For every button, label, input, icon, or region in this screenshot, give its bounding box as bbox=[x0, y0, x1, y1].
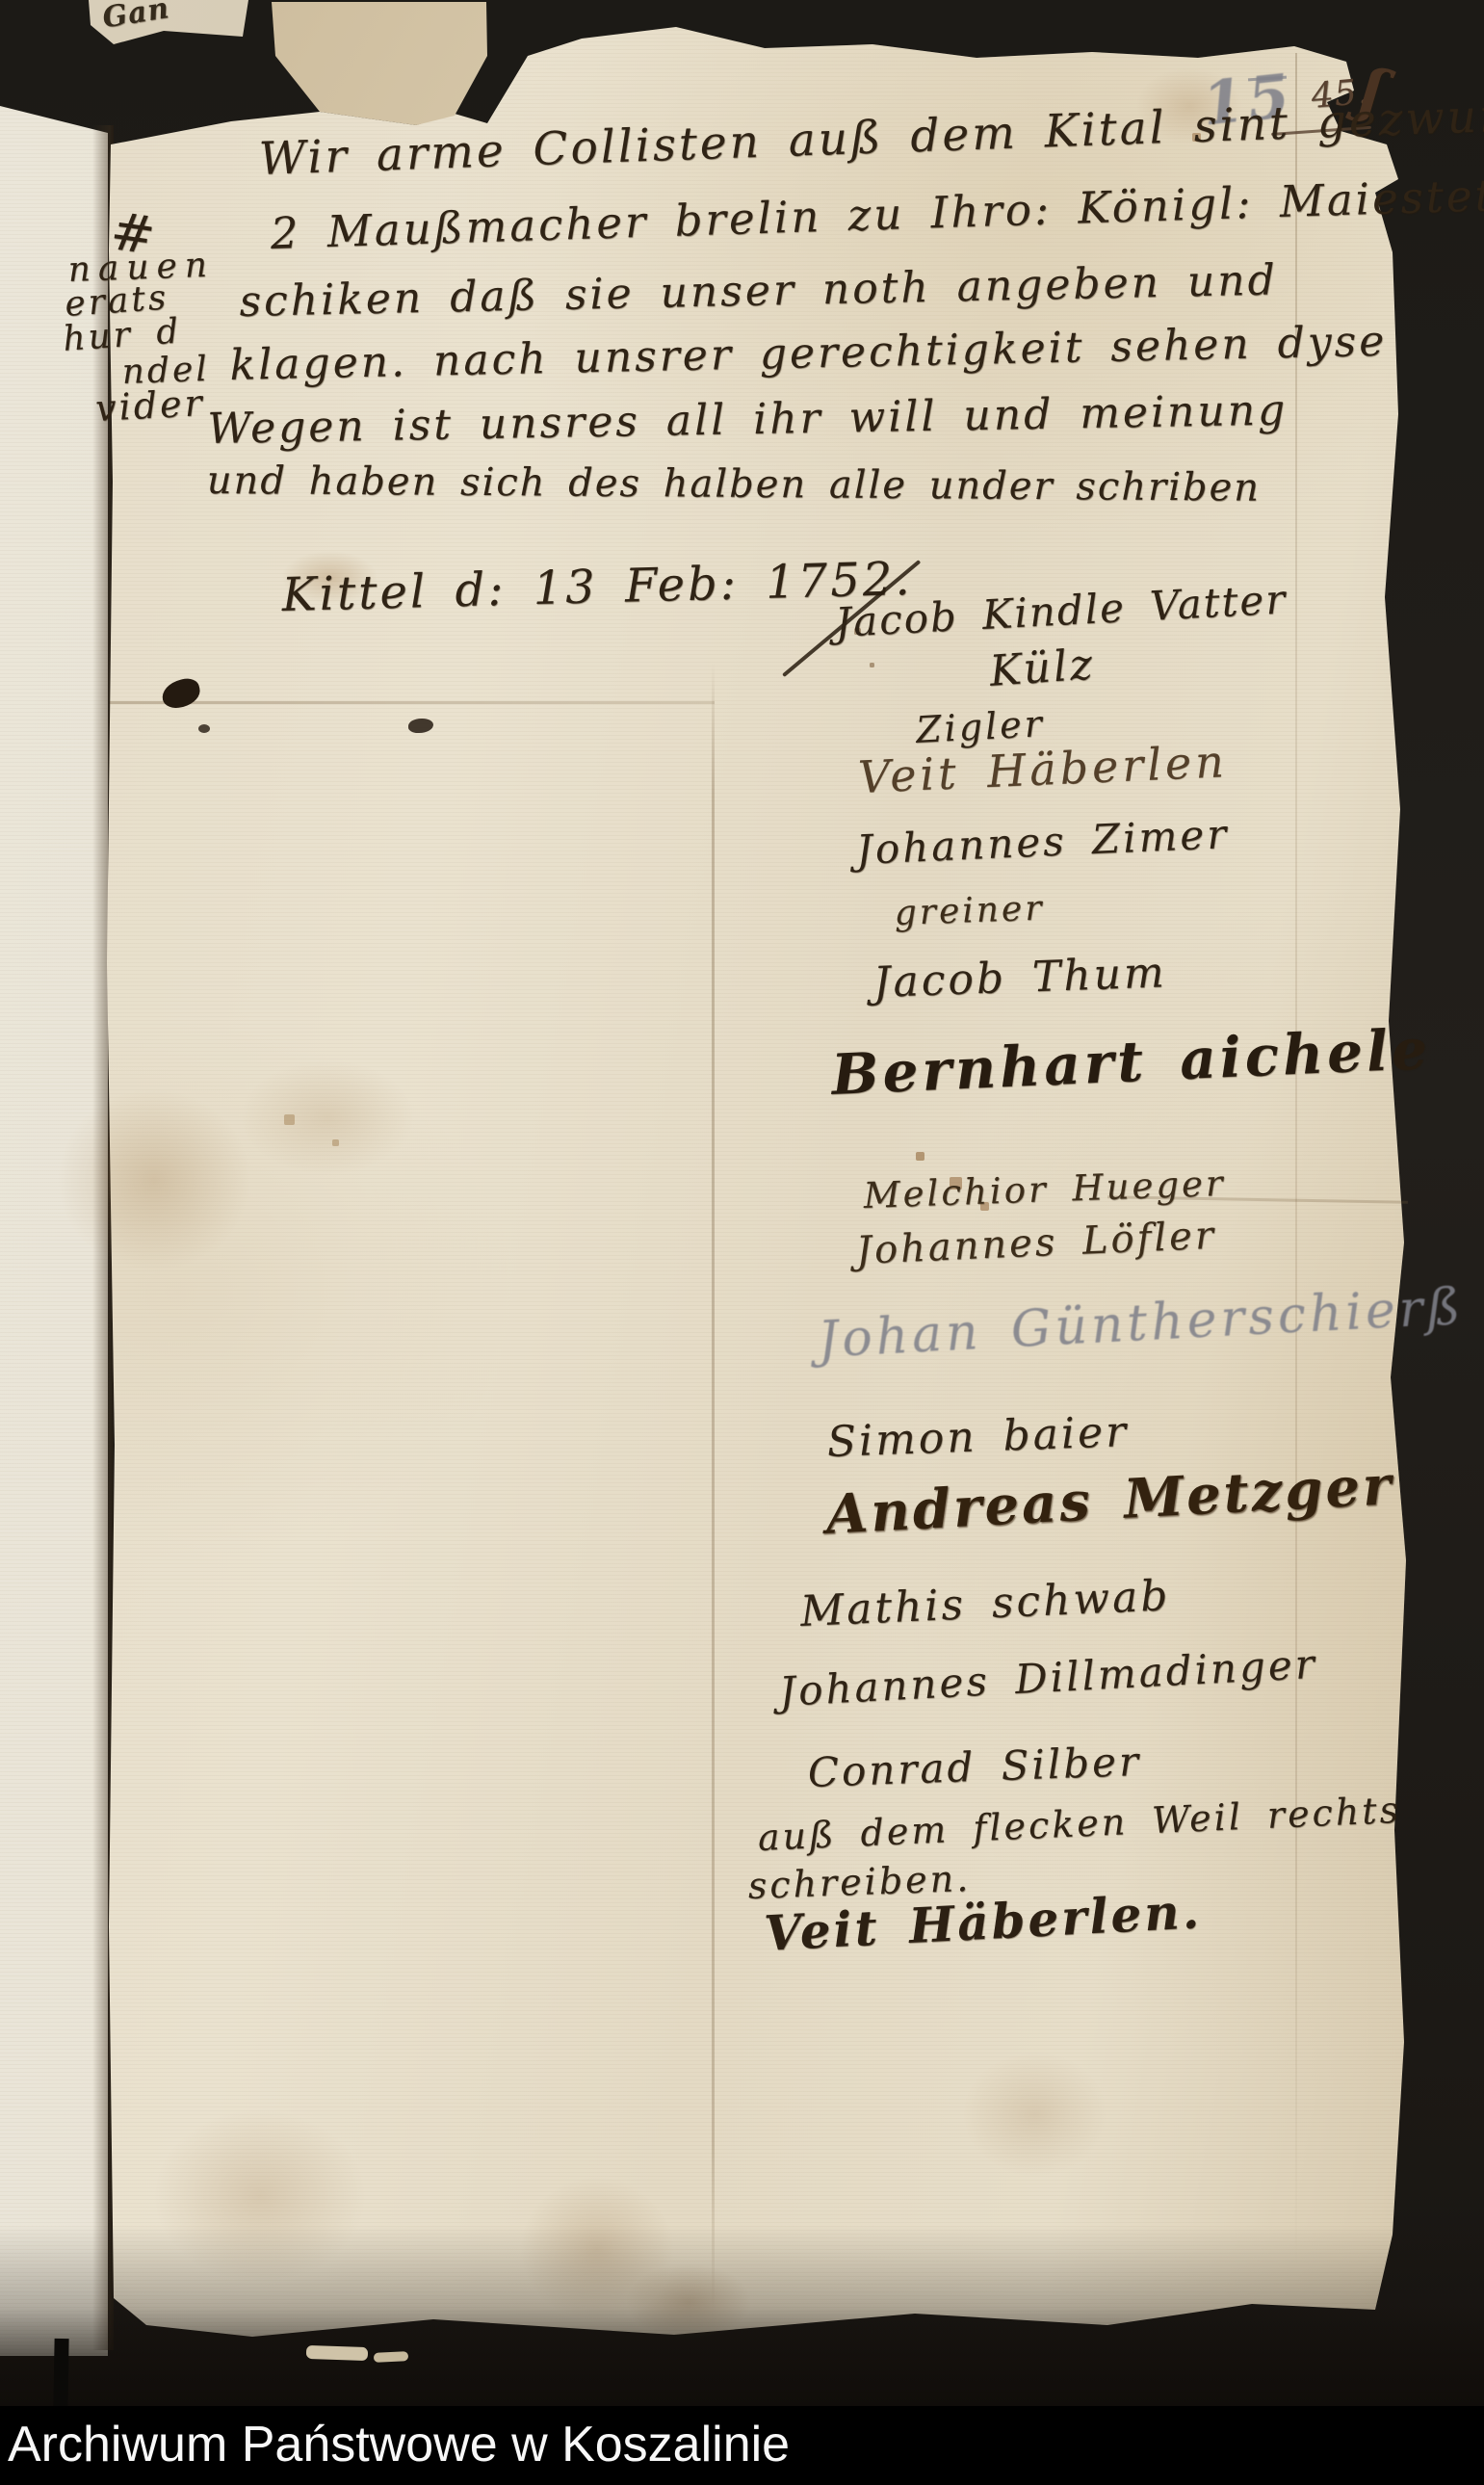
signature: Simon baier bbox=[826, 1407, 1130, 1467]
book-edge-shadow bbox=[53, 2339, 68, 2408]
signature: greiner bbox=[894, 889, 1045, 933]
watermark-text: Archiwum Państwowe w Koszalinie bbox=[8, 2416, 790, 2473]
watermark-bar: Archiwum Państwowe w Koszalinie bbox=[0, 2406, 1484, 2485]
signature: Jacob Thum bbox=[872, 948, 1168, 1007]
paper-scrap bbox=[306, 2345, 368, 2361]
margin-note: vider bbox=[94, 381, 206, 430]
bottom-shadow bbox=[0, 2225, 1484, 2408]
signature: Külz bbox=[988, 640, 1097, 696]
body-line: und haben sich des halben alle under sch… bbox=[207, 458, 1261, 510]
manuscript-scan: 15 45. ʃ Gan Wir arme Collisten auß dem … bbox=[0, 0, 1484, 2485]
paper-scrap bbox=[374, 2351, 408, 2363]
ink-specks bbox=[0, 0, 1, 1]
